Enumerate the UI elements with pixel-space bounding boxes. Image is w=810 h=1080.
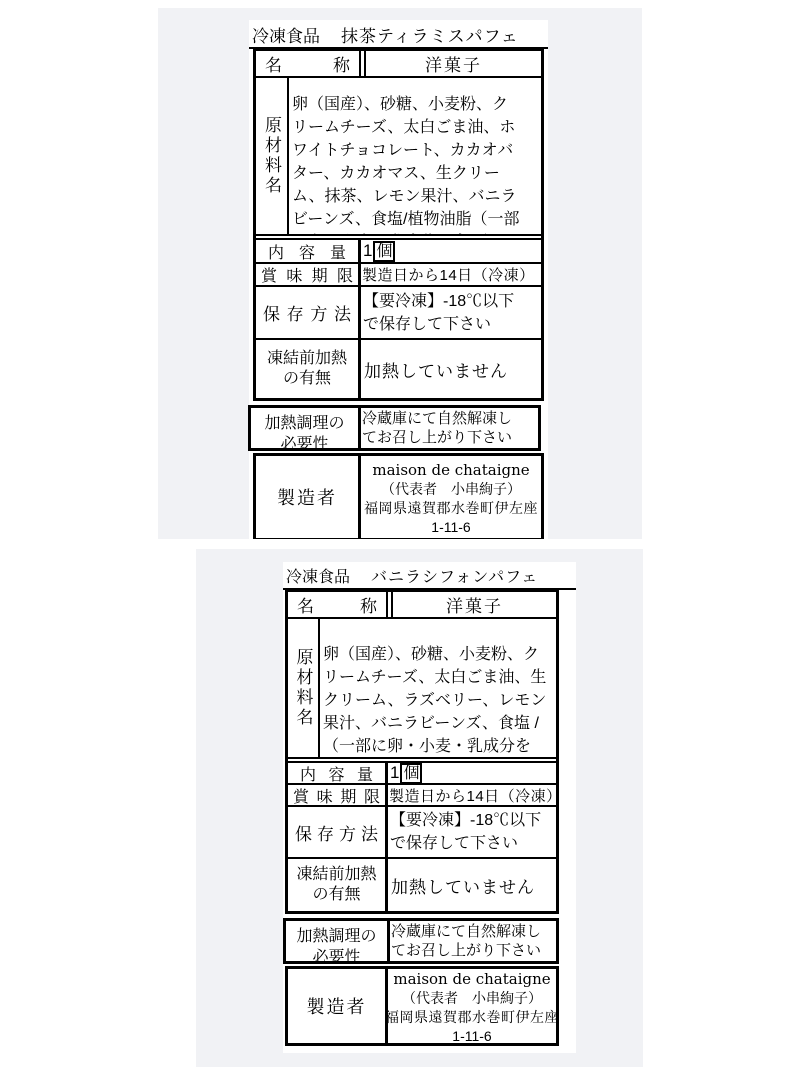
label-category: 冷凍食品 bbox=[286, 568, 350, 587]
row-manufacturer: 製造者 maison de chataigne （代表者 小串絢子） 福岡県遠賀… bbox=[285, 966, 559, 1046]
quantity-unit-box: 個 bbox=[400, 763, 422, 784]
product-name: バニラシフォンパフェ bbox=[371, 568, 538, 587]
row-quantity-value: 1個 bbox=[361, 240, 541, 262]
row-cooking-label: 加熱調理の 必要性 bbox=[286, 921, 390, 961]
row-quantity-label: 内容量 bbox=[256, 240, 361, 262]
row-quantity: 内容量 1個 bbox=[288, 761, 556, 783]
label-category: 冷凍食品 bbox=[252, 27, 320, 46]
row-cooking-value: 冷蔵庫にて自然解凍し てお召し上がり下さい bbox=[390, 921, 556, 961]
row-name-label: 名称 bbox=[256, 51, 361, 76]
row-storage-value: 【要冷凍】-18℃以下 で保存して下さい bbox=[388, 807, 556, 857]
row-quantity-label: 内容量 bbox=[288, 763, 388, 783]
manufacturer-address-number: 1-11-6 bbox=[452, 1027, 491, 1045]
row-storage: 保存方法 【要冷凍】-18℃以下 で保存して下さい bbox=[288, 805, 556, 857]
row-best-before-label: 賞味期限 bbox=[256, 264, 361, 285]
label-title: 冷凍食品 抹茶ティラミスパフェ bbox=[249, 20, 548, 49]
manufacturer-address: 福岡県遠賀郡水巻町伊左座 bbox=[385, 1008, 559, 1027]
row-best-before: 賞味期限 製造日から14日（冷凍） bbox=[256, 262, 541, 285]
quantity-number: 1 bbox=[390, 763, 399, 783]
row-cooking-label: 加熱調理の 必要性 bbox=[251, 408, 361, 448]
label-sheet: 冷凍食品 バニラシフォンパフェ 名称 洋菓子 原材料名 卵（国産）、砂糖、小麦粉… bbox=[283, 562, 576, 1053]
row-name-value: 洋菓子 bbox=[364, 51, 541, 76]
row-best-before-label: 賞味期限 bbox=[288, 785, 388, 805]
row-storage-label: 保存方法 bbox=[256, 287, 361, 338]
manufacturer-address-number: 1-11-6 bbox=[431, 518, 470, 536]
row-ingredients: 原材料名 卵（国産）、砂糖、小麦粉、ク リームチーズ、太白ごま油、生 クリーム、… bbox=[288, 617, 556, 759]
row-preheat: 凍結前加熱 の有無 加熱していません bbox=[256, 338, 541, 398]
row-manufacturer-value: maison de chataigne （代表者 小串絢子） 福岡県遠賀郡水巻町… bbox=[361, 456, 541, 538]
spec-table: 名称 洋菓子 原材料名 卵（国産）、砂糖、小麦粉、ク リームチーズ、太白ごま油、… bbox=[253, 49, 544, 401]
manufacturer-representative: （代表者 小串絢子） bbox=[381, 480, 521, 499]
row-name-label: 名称 bbox=[288, 592, 388, 617]
row-manufacturer-label: 製造者 bbox=[288, 969, 388, 1043]
row-manufacturer-label: 製造者 bbox=[256, 456, 361, 538]
row-best-before: 賞味期限 製造日から14日（冷凍） bbox=[288, 783, 556, 805]
manufacturer-address: 福岡県遠賀郡水巻町伊左座 bbox=[364, 499, 538, 518]
row-preheat-label: 凍結前加熱 の有無 bbox=[256, 340, 361, 398]
manufacturer-representative: （代表者 小串絢子） bbox=[402, 989, 542, 1008]
quantity-unit-box: 個 bbox=[373, 241, 395, 262]
row-preheat-label: 凍結前加熱 の有無 bbox=[288, 859, 388, 911]
row-ingredients: 原材料名 卵（国産）、砂糖、小麦粉、ク リームチーズ、太白ごま油、ホ ワイトチョ… bbox=[256, 76, 541, 236]
row-best-before-value: 製造日から14日（冷凍） bbox=[361, 264, 541, 285]
row-storage: 保存方法 【要冷凍】-18℃以下 で保存して下さい bbox=[256, 285, 541, 338]
row-name-value: 洋菓子 bbox=[391, 592, 556, 617]
row-name: 名称 洋菓子 bbox=[288, 592, 556, 617]
row-ingredients-label: 原材料名 bbox=[256, 78, 289, 234]
row-cooking-necessity: 加熱調理の 必要性 冷蔵庫にて自然解凍し てお召し上がり下さい bbox=[248, 405, 541, 451]
row-quantity: 内容量 1個 bbox=[256, 238, 541, 262]
row-quantity-value: 1個 bbox=[388, 763, 556, 783]
quantity-number: 1 bbox=[363, 241, 372, 261]
row-ingredients-value: 卵（国産）、砂糖、小麦粉、ク リームチーズ、太白ごま油、ホ ワイトチョコレート、… bbox=[289, 78, 541, 234]
row-storage-label: 保存方法 bbox=[288, 807, 388, 857]
row-best-before-value: 製造日から14日（冷凍） bbox=[388, 785, 556, 805]
row-storage-value: 【要冷凍】-18℃以下 で保存して下さい bbox=[361, 287, 541, 338]
row-preheat-value: 加熱していません bbox=[361, 340, 541, 398]
manufacturer-name: maison de chataigne bbox=[393, 969, 550, 989]
row-manufacturer: 製造者 maison de chataigne （代表者 小串絢子） 福岡県遠賀… bbox=[253, 453, 544, 539]
row-preheat-value: 加熱していません bbox=[388, 859, 556, 911]
label-title: 冷凍食品 バニラシフォンパフェ bbox=[283, 562, 576, 590]
spec-table: 名称 洋菓子 原材料名 卵（国産）、砂糖、小麦粉、ク リームチーズ、太白ごま油、… bbox=[285, 590, 559, 914]
label-sheet: 冷凍食品 抹茶ティラミスパフェ 名称 洋菓子 原材料名 卵（国産）、砂糖、小麦粉… bbox=[249, 20, 548, 539]
page: 冷凍食品 抹茶ティラミスパフェ 名称 洋菓子 原材料名 卵（国産）、砂糖、小麦粉… bbox=[0, 0, 810, 1080]
row-manufacturer-value: maison de chataigne （代表者 小串絢子） 福岡県遠賀郡水巻町… bbox=[388, 969, 556, 1043]
manufacturer-name: maison de chataigne bbox=[372, 460, 529, 480]
label-card-vanilla-chiffon: 冷凍食品 バニラシフォンパフェ 名称 洋菓子 原材料名 卵（国産）、砂糖、小麦粉… bbox=[196, 549, 643, 1067]
row-ingredients-label: 原材料名 bbox=[288, 619, 320, 757]
label-card-matcha-tiramisu: 冷凍食品 抹茶ティラミスパフェ 名称 洋菓子 原材料名 卵（国産）、砂糖、小麦粉… bbox=[158, 8, 642, 539]
row-cooking-necessity: 加熱調理の 必要性 冷蔵庫にて自然解凍し てお召し上がり下さい bbox=[283, 918, 559, 964]
row-cooking-value: 冷蔵庫にて自然解凍し てお召し上がり下さい bbox=[361, 408, 538, 448]
row-preheat: 凍結前加熱 の有無 加熱していません bbox=[288, 857, 556, 911]
row-ingredients-value: 卵（国産）、砂糖、小麦粉、ク リームチーズ、太白ごま油、生 クリーム、ラズベリー… bbox=[320, 619, 556, 757]
product-name: 抹茶ティラミスパフェ bbox=[341, 27, 519, 46]
row-name: 名称 洋菓子 bbox=[256, 51, 541, 76]
